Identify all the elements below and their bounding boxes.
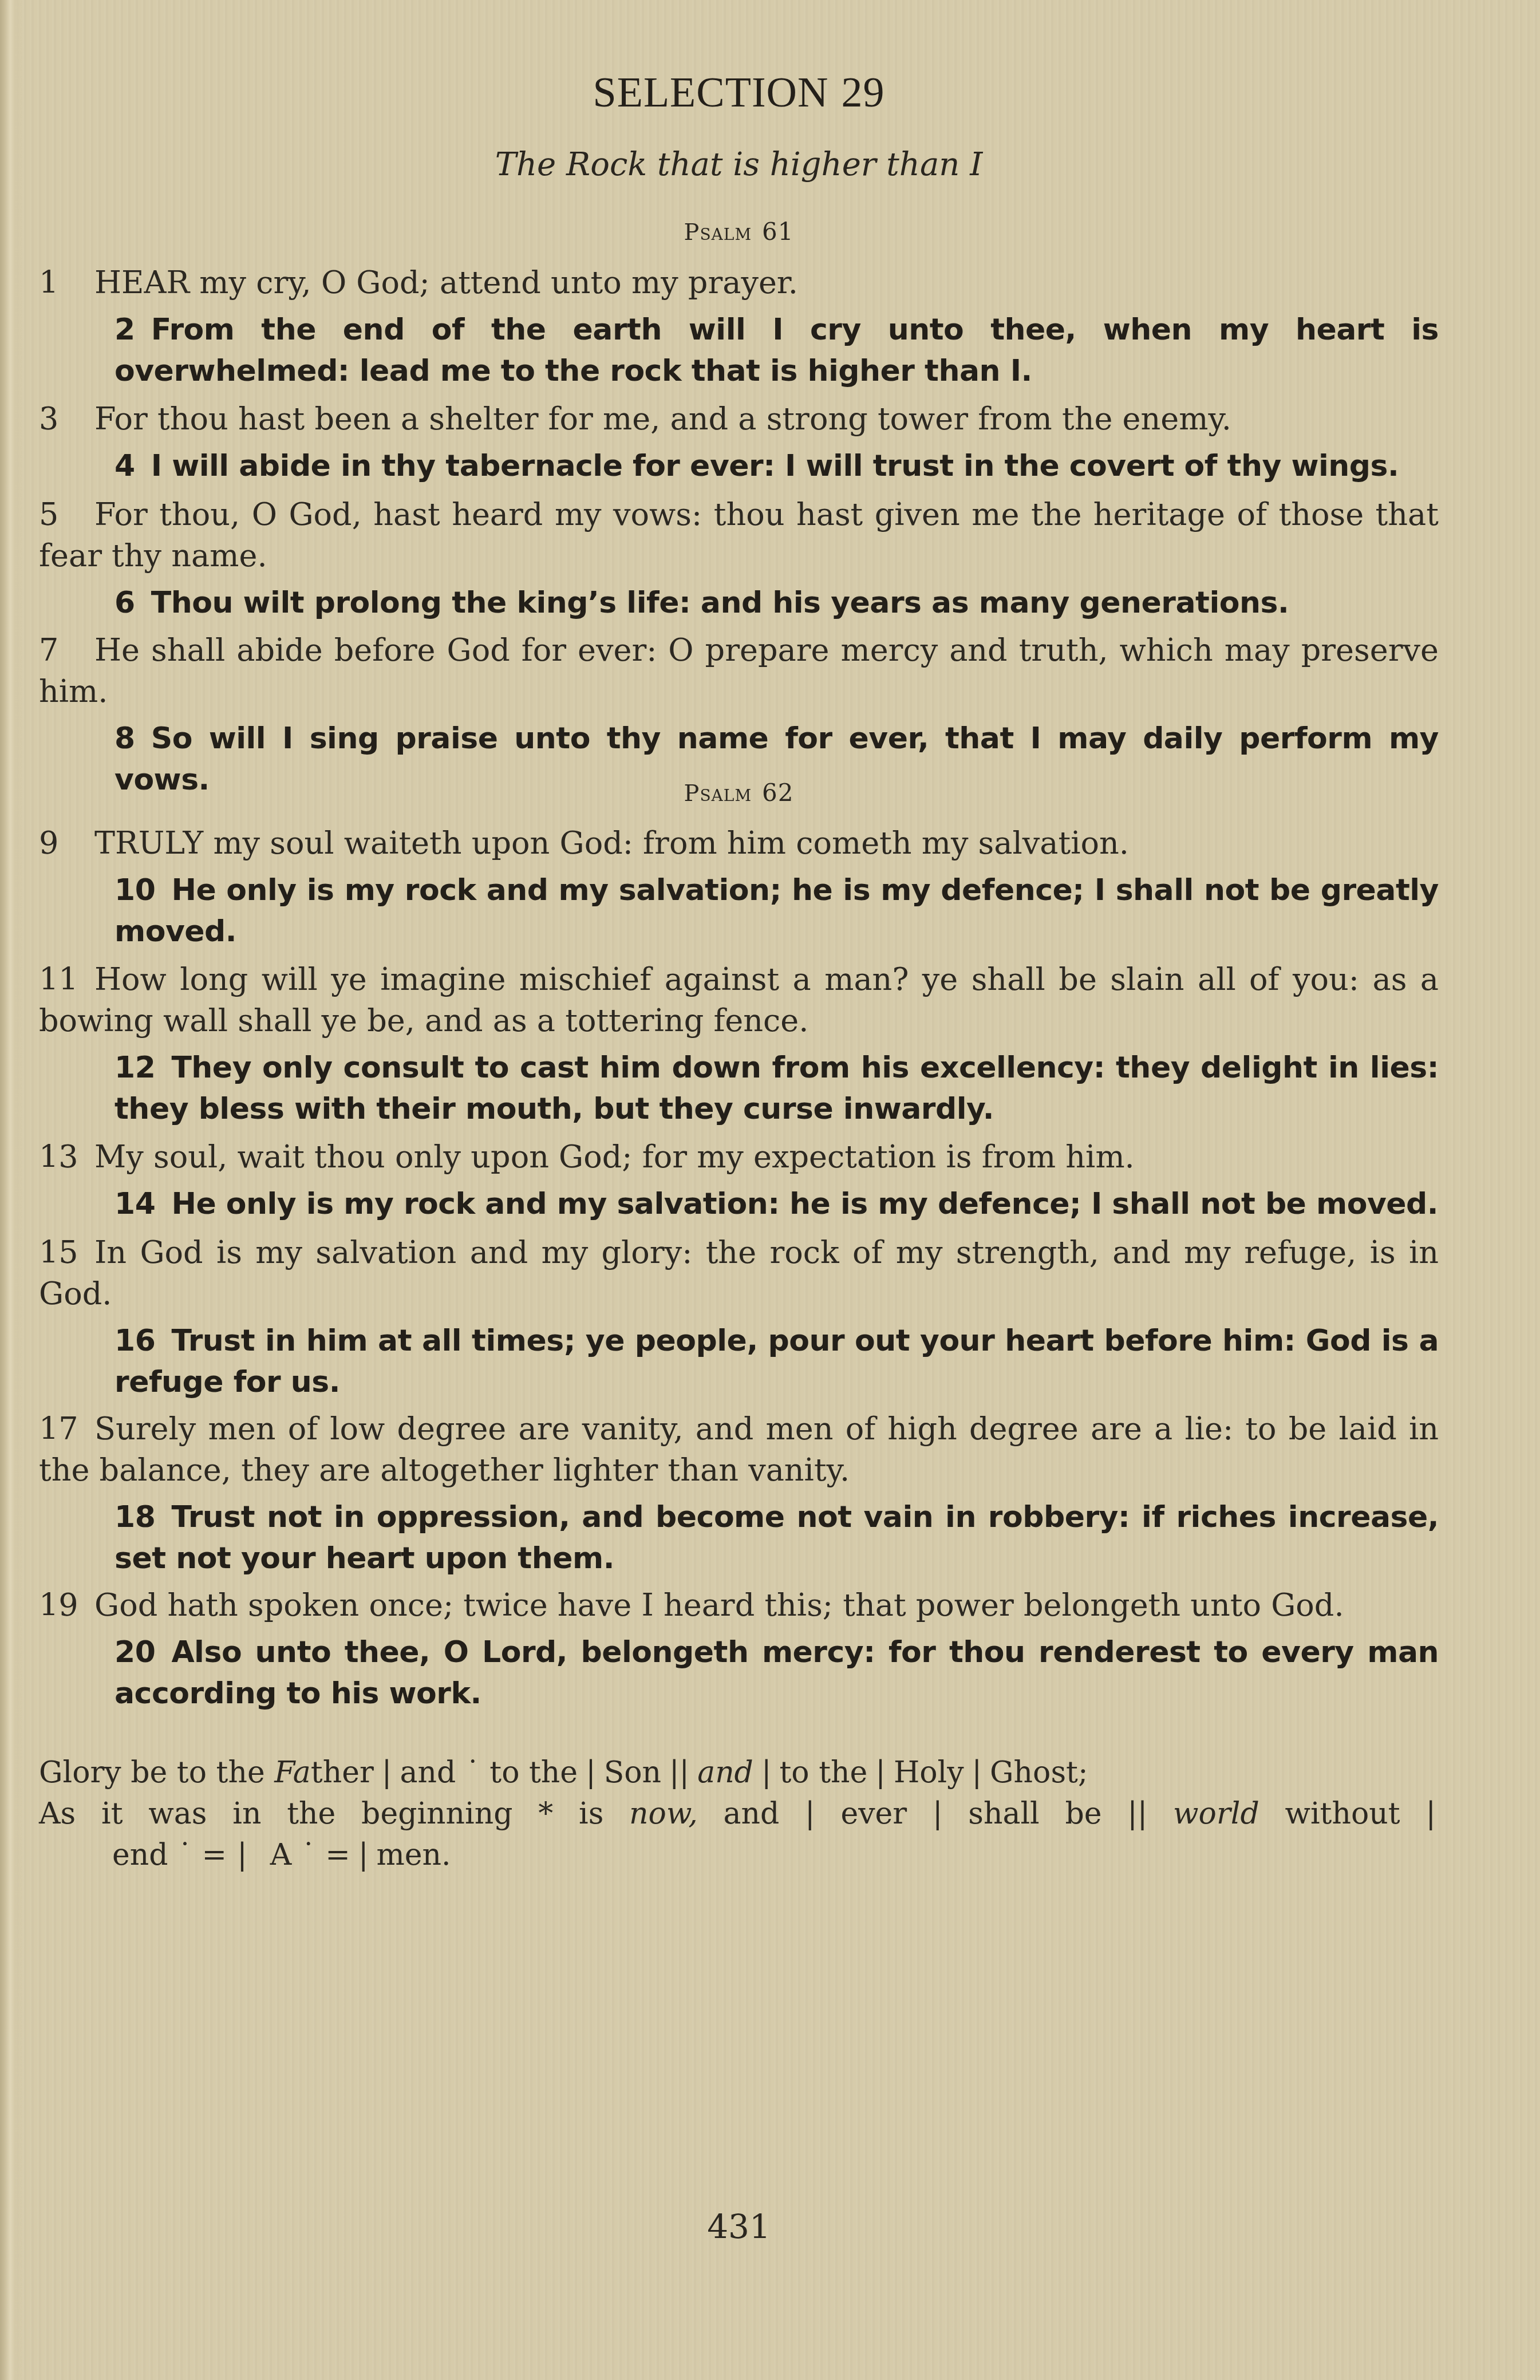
gloria-italic-text: now, xyxy=(629,1793,698,1834)
verse-text: He shall abide before God for ever: O pr… xyxy=(39,632,1439,709)
verse-18: 18Trust not in oppression, and become no… xyxy=(114,1497,1439,1579)
gloria-line-1: Glory be to the Father|and ˙ to the|Son|… xyxy=(39,1752,1439,1793)
psalm-label: Psalm62 xyxy=(39,779,1439,807)
verse-number: 18 xyxy=(114,1497,155,1538)
verse-number: 2 xyxy=(114,309,135,350)
verse-text: For thou, O God, hast heard my vows: tho… xyxy=(39,496,1439,574)
pointing-bar: | xyxy=(586,1752,596,1793)
gloria-text: shall xyxy=(968,1793,1039,1834)
verse-number: 19 xyxy=(39,1585,94,1626)
verse-number: 20 xyxy=(114,1632,155,1673)
verse-number: 9 xyxy=(39,823,94,864)
pointing-double-bar: || xyxy=(669,1752,689,1793)
gloria-patri: Glory be to the Father|and ˙ to the|Son|… xyxy=(39,1752,1439,1876)
selection-subtitle: The Rock that is higher than I xyxy=(39,146,1439,183)
verse-text: Trust in him at all times; ye people, po… xyxy=(114,1324,1439,1399)
verse-14: 14He only is my rock and my salvation: h… xyxy=(114,1183,1439,1225)
psalm-label-text: Psalm xyxy=(684,219,752,246)
gloria-italic-text: Fa xyxy=(274,1755,311,1790)
verse-number: 10 xyxy=(114,870,155,911)
asterisk-mark: * xyxy=(538,1793,553,1834)
verse-number: 12 xyxy=(114,1047,155,1088)
gloria-text: and ˙ to the xyxy=(400,1755,578,1790)
verse-text: He only is my rock and my salvation; he … xyxy=(114,873,1439,949)
gloria-text: ther xyxy=(311,1755,374,1790)
verse-text: In God is my salvation and my glory: the… xyxy=(39,1234,1439,1312)
verse-text: Surely men of low degree are vanity, and… xyxy=(39,1411,1439,1488)
verse-5: 5For thou, O God, hast heard my vows: th… xyxy=(39,494,1439,577)
verse-number: 4 xyxy=(114,445,135,487)
verse-4: 4I will abide in thy tabernacle for ever… xyxy=(114,445,1439,487)
verse-text: God hath spoken once; twice have I heard… xyxy=(94,1587,1344,1623)
verse-number: 5 xyxy=(39,494,94,535)
verse-text: They only consult to cast him down from … xyxy=(114,1051,1439,1126)
verse-number: 17 xyxy=(39,1408,94,1450)
psalm-number: 62 xyxy=(762,779,793,807)
verse-number: 13 xyxy=(39,1136,94,1178)
gloria-text: is xyxy=(579,1793,603,1834)
gloria-text: be xyxy=(1065,1793,1101,1834)
gloria-text: As xyxy=(39,1793,76,1834)
verse-17: 17Surely men of low degree are vanity, a… xyxy=(39,1408,1439,1491)
verse-10: 10He only is my rock and my salvation; h… xyxy=(114,870,1439,952)
pointing-bar: | xyxy=(972,1752,982,1793)
verse-13: 13My soul, wait thou only upon God; for … xyxy=(39,1136,1439,1178)
verse-16: 16Trust in him at all times; ye people, … xyxy=(114,1320,1439,1403)
verse-text: Thou wilt prolong the king’s life: and h… xyxy=(151,586,1289,620)
verse-1: 1HEAR my cry, O God; attend unto my pray… xyxy=(39,262,1439,303)
pointing-bar: | xyxy=(358,1834,369,1876)
verse-number: 14 xyxy=(114,1183,155,1225)
gloria-text: the xyxy=(287,1793,335,1834)
verse-number: 7 xyxy=(39,630,94,671)
verse-3: 3For thou hast been a shelter for me, an… xyxy=(39,398,1439,440)
pointing-bar: | xyxy=(761,1752,772,1793)
gloria-text: without xyxy=(1285,1793,1400,1834)
gloria-text: was xyxy=(148,1793,207,1834)
gloria-line-3: end ˙ =|A ˙ =|men. xyxy=(39,1834,1439,1876)
psalm-label-text: Psalm xyxy=(684,780,752,807)
gloria-text: Son xyxy=(604,1755,661,1790)
verse-12: 12They only consult to cast him down fro… xyxy=(114,1047,1439,1130)
gloria-italic-text: world xyxy=(1173,1793,1259,1834)
gloria-text: it xyxy=(101,1793,123,1834)
verse-number: 1 xyxy=(39,262,94,303)
gloria-italic-text: and xyxy=(697,1755,753,1790)
pointing-bar: | xyxy=(933,1793,943,1834)
psalm-number: 61 xyxy=(762,218,793,246)
verse-text: TRULY my soul waiteth upon God: from him… xyxy=(94,825,1129,861)
gloria-text: Ghost; xyxy=(990,1755,1088,1790)
gloria-text: Holy xyxy=(894,1755,964,1790)
verse-19: 19God hath spoken once; twice have I hea… xyxy=(39,1585,1439,1626)
verse-7: 7He shall abide before God for ever: O p… xyxy=(39,630,1439,712)
gloria-text: Glory be to the xyxy=(39,1755,274,1790)
verse-number: 8 xyxy=(114,718,135,759)
selection-label: SELECTION xyxy=(593,69,829,116)
verse-text: For thou hast been a shelter for me, and… xyxy=(94,401,1231,437)
gloria-text: A ˙ = xyxy=(270,1838,350,1872)
verse-number: 15 xyxy=(39,1232,94,1273)
page-number: 431 xyxy=(39,2207,1439,2246)
pointing-bar: | xyxy=(875,1752,886,1793)
verse-text: Also unto thee, O Lord, belongeth mercy:… xyxy=(114,1635,1439,1711)
gloria-text: and xyxy=(724,1793,780,1834)
verse-number: 3 xyxy=(39,398,94,440)
verse-text: From the end of the earth will I cry unt… xyxy=(114,313,1439,388)
gloria-line-2: As it was in the beginning * is now, and… xyxy=(39,1793,1436,1834)
gloria-text: ever xyxy=(840,1793,907,1834)
verse-text: HEAR my cry, O God; attend unto my praye… xyxy=(94,265,798,301)
verse-text: My soul, wait thou only upon God; for my… xyxy=(94,1139,1135,1175)
gloria-text: beginning xyxy=(361,1793,512,1834)
psalm-label: Psalm61 xyxy=(39,218,1439,246)
gloria-text: in xyxy=(232,1793,261,1834)
selection-heading: SELECTION29 xyxy=(39,69,1439,117)
pointing-bar: | xyxy=(1426,1793,1436,1834)
verse-15: 15In God is my salvation and my glory: t… xyxy=(39,1232,1439,1315)
gloria-text: men. xyxy=(376,1838,451,1872)
verse-20: 20Also unto thee, O Lord, belongeth merc… xyxy=(114,1632,1439,1714)
verse-2: 2From the end of the earth will I cry un… xyxy=(114,309,1439,392)
pointing-bar: | xyxy=(382,1752,392,1793)
verse-9: 9TRULY my soul waiteth upon God: from hi… xyxy=(39,823,1439,864)
verse-number: 11 xyxy=(39,959,94,1000)
verse-text: How long will ye imagine mischief agains… xyxy=(39,961,1439,1039)
gloria-text: to the xyxy=(779,1755,867,1790)
verse-text: Trust not in oppression, and become not … xyxy=(114,1500,1439,1576)
gloria-text: end ˙ = xyxy=(112,1838,227,1872)
verse-11: 11How long will ye imagine mischief agai… xyxy=(39,959,1439,1041)
pointing-bar: | xyxy=(237,1834,247,1876)
selection-number: 29 xyxy=(841,69,884,116)
verse-number: 6 xyxy=(114,582,135,623)
verse-6: 6Thou wilt prolong the king’s life: and … xyxy=(114,582,1439,623)
verse-text: I will abide in thy tabernacle for ever:… xyxy=(151,449,1399,483)
verse-text: He only is my rock and my salvation: he … xyxy=(171,1187,1438,1221)
pointing-bar: | xyxy=(805,1793,815,1834)
pointing-double-bar: || xyxy=(1127,1793,1147,1834)
verse-number: 16 xyxy=(114,1320,155,1361)
